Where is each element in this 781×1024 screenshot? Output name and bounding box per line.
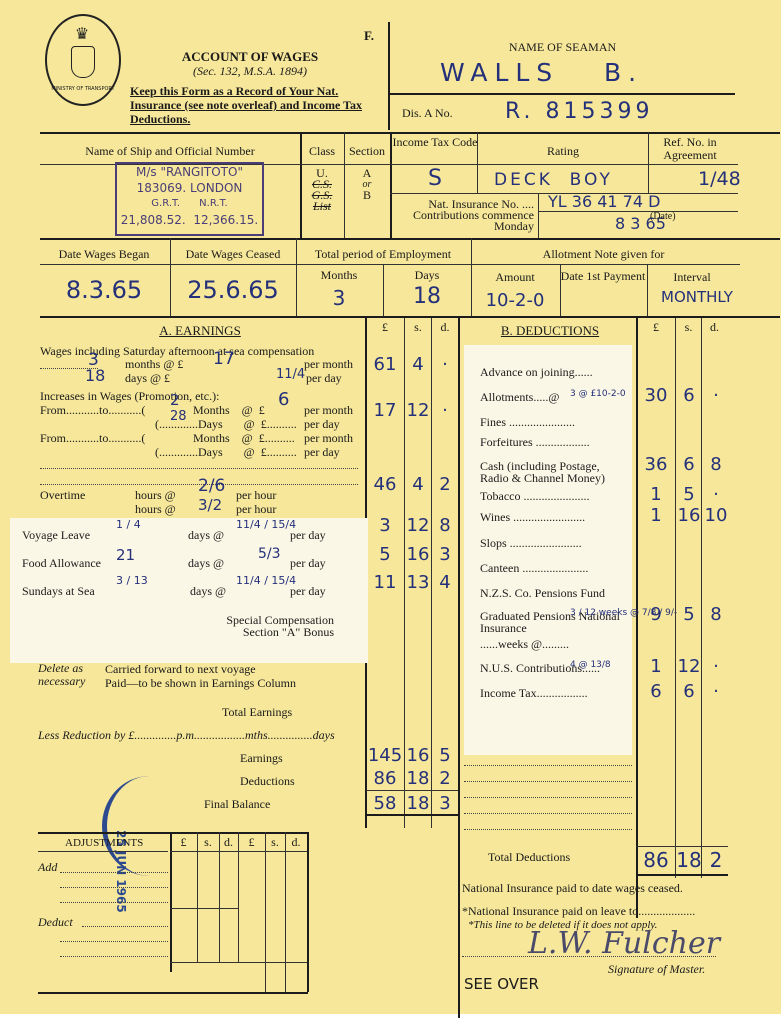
total-earnings-label: Total Earnings: [222, 705, 292, 720]
adjustment-col-header: £: [238, 835, 265, 850]
interval-label: Interval: [647, 270, 737, 285]
ceased-col-header: Date Wages Ceased: [170, 247, 296, 262]
deductions-label: Deductions: [240, 774, 295, 789]
ship-col-header: Name of Ship and Official Number: [40, 144, 300, 159]
adjustment-col-header: £: [170, 835, 197, 850]
deductions-pence-header: d.: [702, 320, 727, 335]
rating-col-header: Rating: [478, 144, 648, 159]
adjustment-col-header: d.: [285, 835, 307, 850]
increase-months-value: 2: [170, 391, 180, 409]
total-deductions-s: 18: [676, 848, 702, 872]
final-balance-l: 58: [366, 793, 404, 814]
deduction-item-amount-s: 5: [676, 604, 702, 625]
tax-code-col-header: Income Tax Code: [392, 136, 478, 149]
ref-col-header: Ref. No. in Agreement: [650, 136, 730, 162]
earnings-row-amount-d: ·: [432, 400, 458, 421]
crown-icon: ♛: [71, 26, 93, 42]
seaman-label: NAME OF SEAMAN: [390, 40, 735, 55]
deduction-item-amount-s: 6: [676, 681, 702, 702]
earnings-row-amount-l: 61: [366, 354, 404, 375]
stamp-ship-name: M/s "RANGITOTO": [117, 164, 262, 180]
wage-account-form: ♛ MINISTRY OF TRANSPORT F. ACCOUNT OF WA…: [0, 0, 781, 1014]
earnings-row-amount-l: 46: [366, 474, 404, 495]
ceased-value: 25.6.65: [170, 276, 296, 304]
deduction-item-label: Advance on joining......: [480, 366, 630, 378]
wage-rate-month-value: 17: [213, 349, 235, 369]
deduction-item-amount-d: 10: [703, 505, 729, 526]
earnings-row-amount-d: 2: [432, 474, 458, 495]
deductions-total-d: 2: [432, 768, 458, 789]
days-at-label: days @ £: [125, 371, 170, 386]
stamp-tonnage-labels: G.R.T. N.R.T.: [117, 196, 262, 212]
interval-value: MONTHLY: [647, 288, 747, 306]
total-period-header: Total period of Employment: [296, 247, 470, 262]
earnings-title: A. EARNINGS: [40, 323, 360, 339]
rating-value: DECK BOY: [494, 170, 613, 190]
add-label: Add: [38, 860, 57, 875]
sundays-at-sea-label: Sundays at Sea: [22, 584, 95, 599]
wage-days-value: 18: [85, 366, 105, 385]
days-per-day-row: (.............Days @ £..........: [155, 417, 297, 432]
signature-label: Signature of Master.: [608, 962, 705, 977]
ref-no-value: 1/48: [698, 168, 741, 190]
deduction-item-amount-l: 36: [637, 454, 675, 475]
form-letter: F.: [364, 28, 374, 44]
earnings-row-amount-s: 4: [405, 474, 431, 495]
less-reduction-label: Less Reduction by £..............p.m....…: [38, 728, 335, 743]
deduction-item-amount-d: 8: [703, 454, 729, 475]
deduction-item-label: Slops ........................: [480, 537, 630, 549]
earnings-row-amount-s: 12: [405, 515, 431, 536]
deduction-item-amount-s: 6: [676, 385, 702, 406]
deduction-item-label: Forfeitures ..................: [480, 436, 630, 448]
deductions-total-l: 86: [366, 768, 404, 789]
voyage-leave-rate: 11/4 / 15/4: [236, 518, 296, 531]
increase-rate-value: 6: [278, 389, 289, 410]
earnings-total-l: 145: [366, 745, 404, 766]
deductions-title: B. DEDUCTIONS: [460, 323, 640, 339]
dis-label: Dis. A No.: [402, 106, 453, 121]
form-subtitle: (Sec. 132, M.S.A. 1894): [130, 64, 370, 79]
deduction-item-amount-d: ·: [703, 681, 729, 702]
deduct-label: Deduct: [38, 915, 73, 930]
record-notice: Keep this Form as a Record of Your Nat. …: [130, 84, 380, 126]
food-allowance-rate: 5/3: [258, 546, 281, 562]
tax-code-value: S: [392, 166, 478, 191]
increases-label: Increases in Wages (Promotion, etc.):: [40, 389, 219, 404]
deduction-item-label: Fines ......................: [480, 416, 630, 428]
earnings-row-amount-s: 12: [405, 400, 431, 421]
deduction-item-label: Canteen ......................: [480, 562, 630, 574]
class-col-header: Class: [300, 144, 344, 159]
ministry-crest-logo: ♛ MINISTRY OF TRANSPORT: [45, 14, 121, 106]
deduction-item-amount-d: ·: [703, 484, 729, 505]
earnings-row-amount-s: 16: [405, 544, 431, 565]
began-value: 8.3.65: [40, 276, 168, 304]
total-deductions-l: 86: [637, 848, 675, 872]
earnings-row-amount-d: 8: [432, 515, 458, 536]
deduction-item-note: 3 @ £10-2-0: [570, 389, 626, 399]
overtime-label: Overtime: [40, 488, 85, 503]
earnings-shillings-header: s.: [405, 320, 431, 335]
paid-label: Paid—to be shown in Earnings Column: [105, 676, 296, 691]
section-options: A or B: [344, 168, 390, 201]
earnings-row-amount-l: 11: [366, 572, 404, 593]
final-balance-s: 18: [405, 793, 431, 814]
earnings-total-d: 5: [432, 745, 458, 766]
deduction-item-amount-l: 30: [637, 385, 675, 406]
ni-weeks-line: ......weeks @.........: [480, 637, 569, 652]
earnings-row-amount-s: 4: [405, 354, 431, 375]
see-over-label: SEE OVER: [464, 975, 539, 993]
ni-paid-note: National Insurance paid to date wages ce…: [462, 881, 683, 896]
months-at-label: months @ £: [125, 357, 183, 372]
deduction-item-label: Wines ........................: [480, 511, 630, 523]
earnings-row-amount-s: 13: [405, 572, 431, 593]
overtime-rate-1: 2/6: [198, 476, 225, 496]
deduction-item-note: 4 @ 13/8: [570, 660, 611, 670]
class-options: U. C.S. G.S. List: [300, 168, 344, 212]
shield-icon: [71, 46, 95, 78]
voyage-leave-days: 1 / 4: [116, 518, 141, 531]
form-title: ACCOUNT OF WAGES: [130, 49, 370, 65]
began-col-header: Date Wages Began: [40, 247, 168, 262]
sundays-days: 3 / 13: [116, 574, 148, 587]
deductions-shillings-header: s.: [676, 320, 701, 335]
adjustment-col-header: s.: [265, 835, 285, 850]
amount-label: Amount: [471, 270, 559, 285]
deduction-item-amount-d: 8: [703, 604, 729, 625]
carried-forward-label: Carried forward to next voyage: [105, 662, 256, 677]
deduction-item-amount-l: 1: [637, 656, 675, 677]
final-balance-label: Final Balance: [204, 797, 270, 812]
food-allowance-days: 21: [116, 546, 135, 564]
wage-rate-day-value: 11/4: [276, 367, 305, 382]
months-per-month-row: Months @ £: [193, 403, 265, 418]
adjustment-col-header: s.: [197, 835, 219, 850]
deduction-item-amount-d: ·: [703, 385, 729, 406]
earnings-pounds-header: £: [366, 320, 404, 335]
earnings-row-amount-d: 4: [432, 572, 458, 593]
seaman-name: WALLS B.: [440, 58, 643, 87]
deduction-item-label: Income Tax.................: [480, 687, 630, 699]
final-balance-d: 3: [432, 793, 458, 814]
earnings-row-amount-l: 3: [366, 515, 404, 536]
adjustment-col-header: d.: [219, 835, 238, 850]
food-allowance-label: Food Allowance: [22, 556, 101, 571]
earnings-row-amount-l: 5: [366, 544, 404, 565]
monday-label: Monday: [392, 219, 534, 234]
deduction-item-amount-s: 16: [676, 505, 702, 526]
allotment-header: Allotment Note given for: [471, 247, 736, 262]
months-value: 3: [296, 286, 382, 310]
deduction-item-amount-l: 1: [637, 484, 675, 505]
earnings-row-amount-l: 17: [366, 400, 404, 421]
dis-number: R. 815399: [505, 99, 653, 124]
deduction-item-label: Tobacco ......................: [480, 490, 630, 502]
deduction-item-amount-l: 6: [637, 681, 675, 702]
logo-text: MINISTRY OF TRANSPORT: [47, 86, 119, 92]
per-month-label: per month: [304, 357, 353, 372]
date-caption: (Date): [650, 211, 676, 222]
hours-at-label: hours @: [135, 488, 176, 503]
section-col-header: Section: [344, 144, 390, 159]
days-value: 18: [383, 284, 471, 309]
sundays-rate: 11/4 / 15/4: [236, 574, 296, 587]
ni-leave-note: *National Insurance paid on leave to....…: [462, 904, 695, 919]
per-day-label: per day: [306, 371, 342, 386]
deduction-item-amount-s: 6: [676, 454, 702, 475]
date-first-payment-label: Date 1st Payment: [560, 270, 646, 283]
adjustments-title: ADJUSTMENTS: [65, 837, 143, 849]
ship-stamp: M/s "RANGITOTO" 183069. LONDON G.R.T. N.…: [115, 162, 264, 236]
deductions-pounds-header: £: [637, 320, 675, 335]
earnings-pence-header: d.: [432, 320, 458, 335]
earnings-row-amount-d: ·: [432, 354, 458, 375]
total-deductions-label: Total Deductions: [488, 850, 570, 865]
from-to-label: From...........to...........(: [40, 403, 145, 418]
overtime-rate-2: 3/2: [198, 496, 222, 514]
deduction-item-label: N.Z.S. Co. Pensions Fund: [480, 587, 630, 599]
total-deductions-d: 2: [703, 848, 729, 872]
deductions-total-s: 18: [405, 768, 431, 789]
stamp-tonnage-values: 21,808.52. 12,366.15.: [117, 212, 262, 228]
days-label: Days: [383, 268, 471, 283]
deduction-item-label: Cash (including Postage, Radio & Channel…: [480, 460, 630, 484]
ni-number-value: YL 36 41 74 D: [548, 192, 660, 211]
earnings-label: Earnings: [240, 751, 283, 766]
section-a-bonus-label: Section "A" Bonus: [140, 625, 334, 640]
deduction-item-amount-s: 12: [676, 656, 702, 677]
stamp-official-number: 183069. LONDON: [117, 180, 262, 196]
voyage-leave-label: Voyage Leave: [22, 528, 90, 543]
delete-as-note: Delete as necessary: [38, 662, 98, 688]
months-label: Months: [296, 268, 382, 283]
deduction-item-amount-d: ·: [703, 656, 729, 677]
deduction-item-amount-l: 1: [637, 505, 675, 526]
earnings-total-s: 16: [405, 745, 431, 766]
deduction-item-amount-l: 9: [637, 604, 675, 625]
deduction-item-amount-s: 5: [676, 484, 702, 505]
earnings-row-amount-d: 3: [432, 544, 458, 565]
amount-value: 10-2-0: [471, 290, 559, 311]
